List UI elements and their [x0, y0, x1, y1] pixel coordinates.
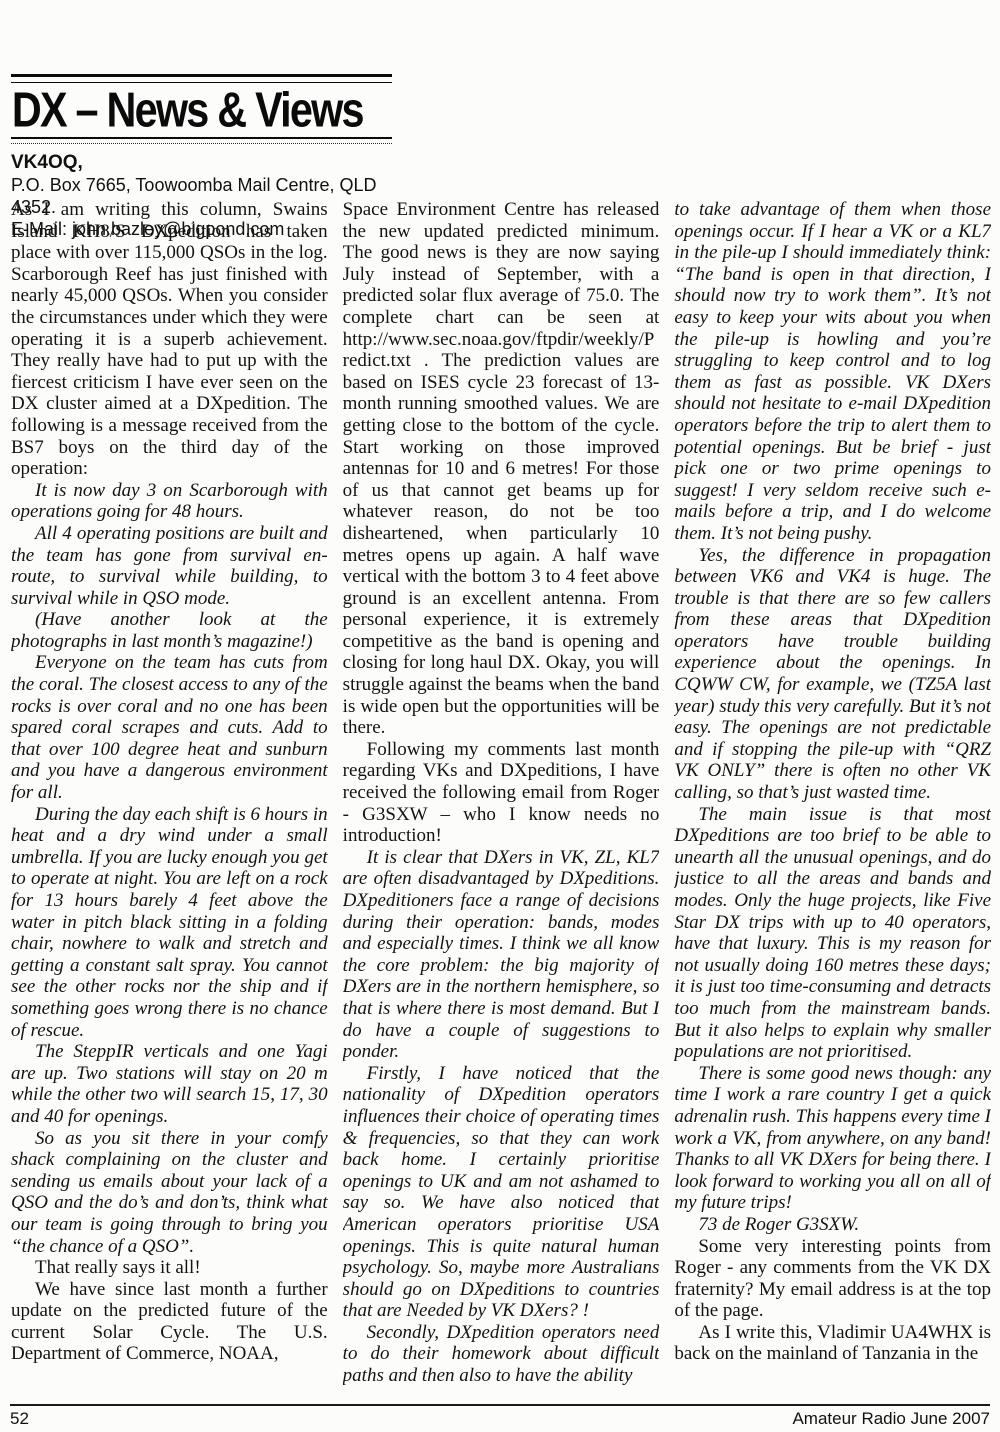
paragraph: All 4 operating positions are built and …	[11, 523, 328, 609]
paragraph: During the day each shift is 6 hours in …	[11, 804, 328, 1042]
paragraph: Yes, the difference in propagation betwe…	[674, 545, 991, 804]
paragraph: That really says it all!	[11, 1257, 328, 1279]
paragraph: As I write this, Vladimir UA4WHX is back…	[674, 1322, 991, 1365]
column-2: Space Environment Centre has released th…	[343, 199, 660, 1391]
paragraph: Following my comments last month regardi…	[343, 739, 660, 847]
page-footer: 52 Amateur Radio June 2007	[10, 1404, 990, 1429]
byline-callsign: VK4OQ,	[11, 151, 392, 174]
paragraph: 73 de Roger G3SXW.	[674, 1214, 991, 1236]
paragraph: The SteppIR verticals and one Yagi are u…	[11, 1041, 328, 1127]
column-3: to take advantage of them when those ope…	[674, 199, 991, 1391]
magazine-page: DX – News & Views VK4OQ, P.O. Box 7665, …	[0, 0, 1000, 1432]
paragraph: So as you sit there in your comfy shack …	[11, 1128, 328, 1258]
paragraph: The main issue is that most DXpeditions …	[674, 804, 991, 1063]
page-number: 52	[10, 1409, 29, 1429]
paragraph: (Have another look at the photographs in…	[11, 609, 328, 652]
paragraph: Space Environment Centre has released th…	[343, 199, 660, 739]
paragraph: As I am writing this column, Swains Isla…	[11, 199, 328, 480]
column-1: As I am writing this column, Swains Isla…	[11, 199, 328, 1391]
publication-name: Amateur Radio June 2007	[792, 1409, 990, 1429]
paragraph: It is now day 3 on Scarborough with oper…	[11, 480, 328, 523]
paragraph: There is some good news though: any time…	[674, 1063, 991, 1214]
paragraph: It is clear that DXers in VK, ZL, KL7 ar…	[343, 847, 660, 1063]
paragraph: Some very interesting points from Roger …	[674, 1236, 991, 1322]
paragraph: Firstly, I have noticed that the nationa…	[343, 1063, 660, 1322]
paragraph: Everyone on the team has cuts from the c…	[11, 652, 328, 803]
article-columns: As I am writing this column, Swains Isla…	[11, 199, 991, 1391]
paragraph: We have since last month a further updat…	[11, 1279, 328, 1365]
page-title: DX – News & Views	[11, 82, 346, 135]
paragraph: to take advantage of them when those ope…	[674, 199, 991, 545]
paragraph: Secondly, DXpedition operators need to d…	[343, 1322, 660, 1387]
masthead-rule-bottom	[11, 137, 392, 144]
